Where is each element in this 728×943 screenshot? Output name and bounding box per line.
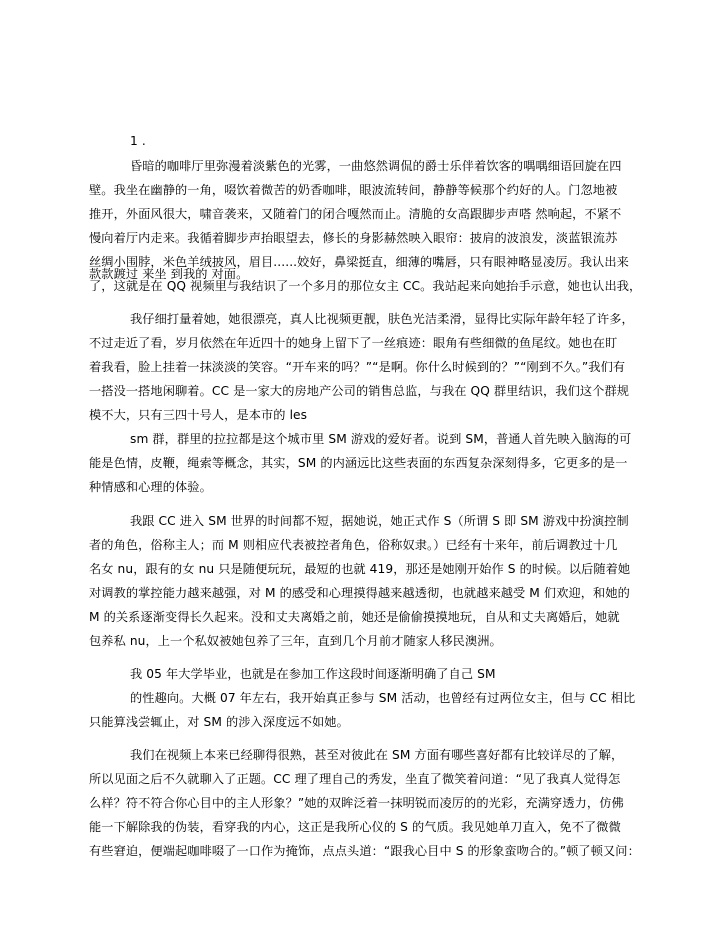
paragraph-3-line-3: 名女 nu，跟有的女 nu 只是随便玩玩，最短的也就 419，那还是她刚开始作 …: [89, 561, 630, 577]
paragraph-1-line-7: 款款踱过 来坐 到我的 对面。: [89, 266, 248, 282]
paragraph-3-line-1: 我跟 CC 进入 SM 世界的时间都不短，据她说，她正式作 S（所谓 S 即 S…: [130, 513, 629, 529]
paragraph-5-line-2: 所以见面之后不久就聊入了正题。CC 理了理自己的秀发，坐直了微笑着问道：“见了我…: [89, 771, 620, 787]
paragraph-1-line-3: 推开，外面风很大，啸音袭来，又随着门的闭合嘎然而止。清脆的女高跟脚步声嗒 然响起…: [89, 206, 621, 222]
paragraph-5-line-5: 有些窘迫，便端起咖啡啜了一口作为掩饰，点点头道：“跟我心目中 S 的形象蛮吻合的…: [89, 843, 640, 859]
section-number: 1 .: [130, 133, 146, 149]
paragraph-3-line-5: M 的关系逐渐变得长久起来。没和丈夫离婚之前，她还是偷偷摸摸地玩，自从和丈夫离婚…: [89, 609, 620, 625]
paragraph-1-line-1: 昏暗的咖啡厅里弥漫着淡紫色的光雾，一曲悠然调侃的爵士乐伴着饮客的喁喁细语回旋在四: [130, 158, 622, 174]
paragraph-2-line-4: 一搭没一搭地闲聊着。CC 是一家大的房地产公司的销售总监，与我在 QQ 群里结识…: [89, 383, 629, 399]
paragraph-2-line-2: 不过走近了看，岁月依然在年近四十的她身上留下了一丝痕迹：眼角有些细微的鱼尾纹。她…: [89, 335, 617, 351]
paragraph-4-line-3: 只能算浅尝辄止，对 SM 的涉入深度远不如她。: [89, 714, 349, 730]
paragraph-4-line-2: 的性趣向。大概 07 年左右，我开始真正参与 SM 活动，也曾经有过两位女主，但…: [130, 690, 635, 706]
paragraph-4-line-1: 我 05 年大学毕业，也就是在参加工作这段时间逐渐明确了自己 SM: [130, 666, 496, 682]
paragraph-2-line-5: 模不大，只有三四十号人，是本市的 les: [89, 407, 307, 423]
paragraph-3-line-2: 者的角色，俗称主人；而 M 则相应代表被控者角色，俗称奴隶。）已经有十来年，前后…: [89, 537, 618, 553]
paragraph-2-line-7: 能是色情，皮鞭，绳索等概念，其实，SM 的内涵远比这些表面的东西复杂深刻得多，它…: [89, 455, 628, 471]
paragraph-5-line-3: 么样？符不符合你心目中的主人形象？”她的双眸泛着一抹明锐而凌厉的的光彩，充满穿透…: [89, 795, 624, 811]
paragraph-2-line-3: 着我看，脸上挂着一抹淡淡的笑容。“开车来的吗？”“是啊。你什么时候到的？”“刚到…: [89, 359, 625, 375]
paragraph-1-line-2: 壁。我坐在幽静的一角，啜饮着微苦的奶香咖啡，眼波流转间，静静等候那个约好的人。门…: [89, 182, 617, 198]
paragraph-2-line-8: 种情感和心理的体验。: [89, 479, 212, 495]
paragraph-3-line-6: 包养私 nu，上一个私奴被她包养了三年，直到几个月前才随家人移民澳洲。: [89, 633, 502, 649]
paragraph-3-line-4: 对调教的掌控能力越来越强，对 M 的感受和心理摸得越来越透彻，也就越来越受 M …: [89, 585, 630, 601]
paragraph-5-line-4: 能一下解除我的伪装，看穿我的内心，这正是我所心仪的 S 的气质。我见她单刀直入，…: [89, 819, 621, 835]
paragraph-1-line-4: 慢向着厅内走来。我循着脚步声抬眼望去，修长的身影赫然映入眼帘：披肩的波浪发，淡蓝…: [89, 230, 617, 246]
paragraph-5-line-1: 我们在视频上本来已经聊得很熟，甚至对彼此在 SM 方面有哪些喜好都有比较详尽的了…: [130, 747, 623, 763]
paragraph-2-line-6: sm 群，群里的拉拉都是这个城市里 SM 游戏的爱好者。说到 SM，普通人首先映…: [130, 431, 631, 447]
document-page: 1 . 昏暗的咖啡厅里弥漫着淡紫色的光雾，一曲悠然调侃的爵士乐伴着饮客的喁喁细语…: [0, 0, 728, 943]
paragraph-2-line-1: 我仔细打量着她，她很漂亮，真人比视频更靓，肤色光洁柔滑，显得比实际年龄年轻了许多…: [130, 311, 634, 327]
